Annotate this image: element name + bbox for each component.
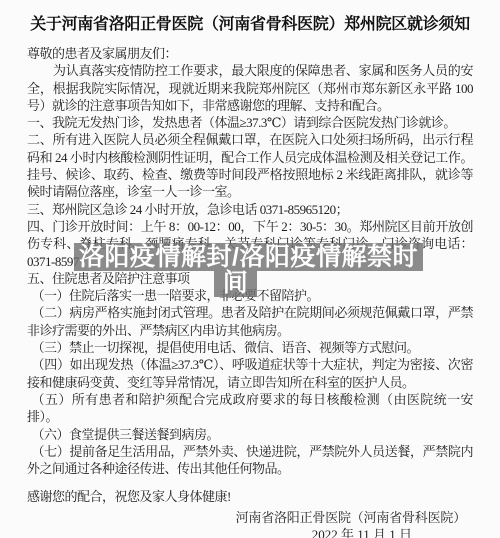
page-title: 关于河南省洛阳正骨医院（河南省骨科医院）郑州院区就诊须知 <box>27 14 473 36</box>
notice-item-5: 五、住院患者及陪护注意事项 <box>27 270 473 287</box>
inpatient-rule-5: （五）所有患者和陪护须配合完成政府要求的每日核酸检测（由医院统一安排）。 <box>27 391 473 426</box>
signature-date: 2022 年 11 月 1 日 <box>27 526 473 538</box>
inpatient-rule-3: （三）禁止一切探视，提倡使用电话、微信、语音、视频等方式慰问。 <box>27 339 473 356</box>
signature-hospital: 河南省洛阳正骨医院（河南省骨科医院） <box>27 509 473 526</box>
notice-item-1: 一、我院无发热门诊，发热患者（体温≥37.3℃）请到综合医院发热门诊就诊。 <box>27 114 473 131</box>
notice-item-4: 四、门诊开放时间：上午 8：00-12：00，下午 2：30-5：30。郑州院区… <box>27 218 473 270</box>
notice-item-2: 二、所有进入医院人员必须全程佩戴口罩，在医院入口处须扫场所码，出示行程码和 24… <box>27 131 473 200</box>
inpatient-rule-7: （七）提前备足生活用品，严禁外卖、快递进院，严禁院外人员送餐，严禁院内外之间通过… <box>27 443 473 478</box>
notice-item-3: 三、郑州院区急诊 24 小时开放，急诊电话 0371-85965120； <box>27 201 473 218</box>
notice-document: 关于河南省洛阳正骨医院（河南省骨科医院）郑州院区就诊须知 尊敬的患者及家属朋友们… <box>0 0 500 538</box>
salutation: 尊敬的患者及家属朋友们： <box>27 45 473 62</box>
inpatient-rule-6: （六）食堂提供三餐送餐到病房。 <box>27 426 473 443</box>
inpatient-rule-2: （二）病房严格实施封闭式管理。患者及陪护在院期间必须规范佩戴口罩，严禁非诊疗需要… <box>27 304 473 339</box>
inpatient-rule-4: （四）如出现发热（体温≥37.3℃）、呼吸道症状等十大症状，判定为密接、次密接和… <box>27 356 473 391</box>
closing-line: 感谢您的配合，祝您及家人身体健康! <box>27 488 473 505</box>
intro-paragraph: 为认真落实疫情防控工作要求，最大限度的保障患者、家属和医务人员的安全，根据我院实… <box>27 62 473 114</box>
inpatient-rule-1: （一）住院后落实一患一陪要求，非必要不留陪护。 <box>27 287 473 304</box>
